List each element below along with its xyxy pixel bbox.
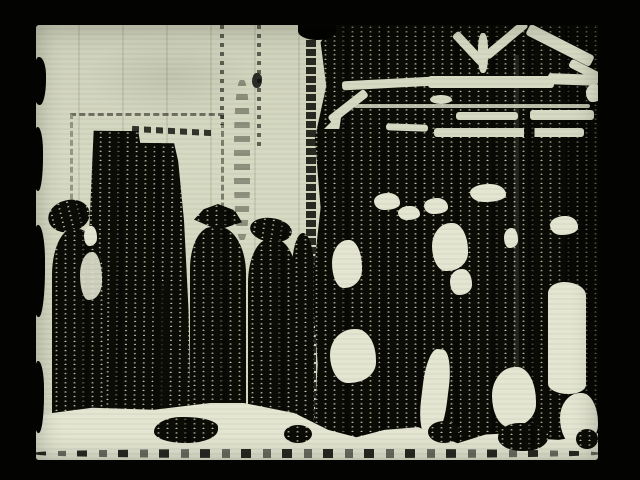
roof-beam xyxy=(386,123,428,131)
figure-hat-light xyxy=(470,184,506,202)
clothing-highlight xyxy=(450,269,472,295)
crowd-figure xyxy=(154,277,165,427)
roof-beam xyxy=(428,76,554,88)
film-still xyxy=(0,0,640,480)
ground-debris xyxy=(576,429,598,449)
ground-debris xyxy=(154,417,218,443)
figure-hat-light xyxy=(550,216,578,235)
beam-fragment xyxy=(586,84,598,102)
face-highlight xyxy=(432,223,468,271)
clothing-highlight xyxy=(80,252,102,300)
roof-beam xyxy=(434,128,584,137)
wall-smudge xyxy=(252,73,262,88)
ground-speckle-line xyxy=(36,449,598,458)
light-figure xyxy=(492,367,536,427)
face-highlight xyxy=(504,228,518,248)
ground-debris xyxy=(498,423,548,451)
face-highlight xyxy=(84,226,97,246)
clothing-highlight xyxy=(332,240,362,288)
figure-hat-light xyxy=(424,198,448,214)
roof-beam-thin xyxy=(354,104,590,108)
clothing-highlight xyxy=(330,329,376,383)
roof-beam xyxy=(530,110,594,120)
ground-debris xyxy=(428,421,460,443)
film-scratch xyxy=(220,25,224,125)
figure-hat-light xyxy=(398,206,420,220)
figure-hat-light xyxy=(374,193,400,210)
roof-beam xyxy=(456,112,518,120)
film-frame xyxy=(36,25,598,460)
beam-fragment xyxy=(430,95,452,104)
ground-debris xyxy=(284,425,312,443)
light-figure xyxy=(548,282,586,394)
